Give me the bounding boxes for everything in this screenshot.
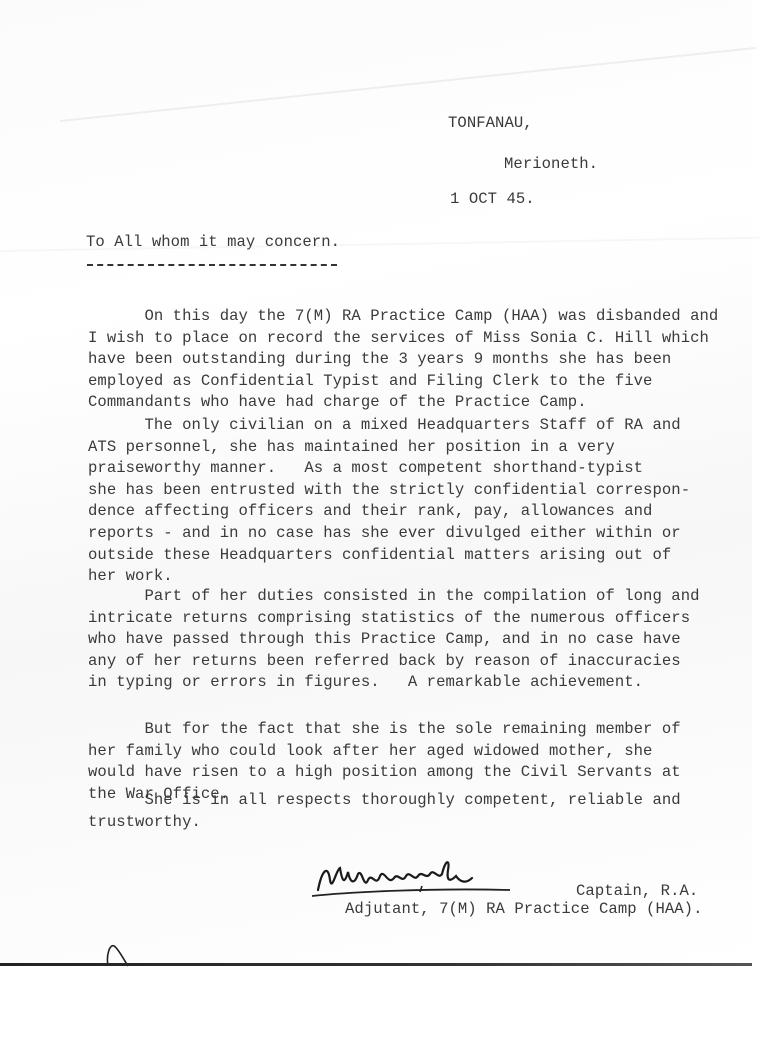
body-line: reports - and in no case has she ever di… [88,522,681,544]
body-line: she has been entrusted with the strictly… [88,479,690,501]
letter-sheet: TONFANAU, Merioneth. 1 OCT 45. To All wh… [0,0,752,965]
body-line: would have risen to a high position amon… [88,761,681,783]
page-bottom-edge [0,963,752,966]
body-line: who have passed through this Practice Ca… [88,628,681,650]
paper-crease [60,47,756,122]
body-line: intricate returns comprising statistics … [88,607,690,629]
body-line: dence affecting officers and their rank,… [88,500,652,522]
body-line: trustworthy. [88,811,201,833]
salutation-underline [87,264,337,266]
body-line: But for the fact that she is the sole re… [88,718,681,740]
body-line: The only civilian on a mixed Headquarter… [88,414,681,436]
body-line: She is in all respects thoroughly compet… [88,789,681,811]
body-line: employed as Confidential Typist and Fili… [88,370,652,392]
body-line: any of her returns been referred back by… [88,650,681,672]
body-line: Commandants who have had charge of the P… [88,391,587,413]
body-line: Part of her duties consisted in the comp… [88,585,700,607]
body-line: I wish to place on record the services o… [88,327,709,349]
address-line-2: Merioneth. [504,153,598,175]
body-line: in typing or errors in figures. A remark… [88,671,643,693]
signatory-title: Adjutant, 7(M) RA Practice Camp (HAA). [345,898,703,920]
salutation: To All whom it may concern. [86,231,340,253]
body-line: outside these Headquarters confidential … [88,544,671,566]
body-line: praiseworthy manner. As a most competent… [88,457,643,479]
letter-date: 1 OCT 45. [450,188,535,210]
address-line-1: TONFANAU, [448,112,533,134]
body-line: have been outstanding during the 3 years… [88,348,671,370]
body-line: her family who could look after her aged… [88,740,652,762]
body-line: ATS personnel, she has maintained her po… [88,436,615,458]
scanned-page: TONFANAU, Merioneth. 1 OCT 45. To All wh… [0,0,760,1037]
body-line: On this day the 7(M) RA Practice Camp (H… [88,305,718,327]
